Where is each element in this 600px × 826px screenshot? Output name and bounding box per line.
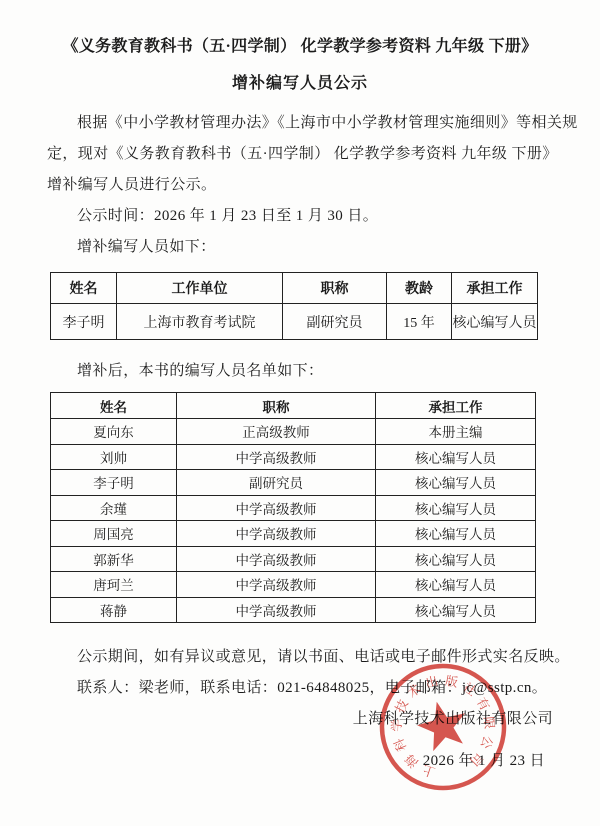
table-cell: 核心编写人员 (452, 304, 538, 340)
document-title: 《义务教育教科书（五·四学制） 化学教学参考资料 九年级 下册》 (47, 36, 553, 58)
table-row: 蒋静中学高级教师核心编写人员 (51, 597, 536, 623)
table-cell: 核心编写人员 (376, 572, 536, 598)
document-subtitle: 增补编写人员公示 (47, 73, 553, 95)
table-row: 唐珂兰中学高级教师核心编写人员 (51, 572, 536, 598)
header-cell: 承担工作 (376, 393, 536, 419)
table-row: 周国亮中学高级教师核心编写人员 (51, 521, 536, 547)
table-header-row: 姓名职称承担工作 (51, 393, 536, 419)
intro-paragraph: 根据《中小学教材管理办法》《上海市中小学教材管理实施细则》等相关规 定，现对《义… (47, 108, 553, 201)
company-signature: 上海科学技术出版社有限公司 (47, 704, 553, 735)
table-row: 刘帅中学高级教师核心编写人员 (51, 444, 536, 470)
header-cell: 教龄 (387, 273, 452, 304)
table-cell: 中学高级教师 (177, 546, 376, 572)
table-cell: 中学高级教师 (177, 521, 376, 547)
table-cell: 中学高级教师 (177, 572, 376, 598)
table-cell: 刘帅 (51, 444, 177, 470)
table-cell: 核心编写人员 (376, 521, 536, 547)
table-cell: 中学高级教师 (177, 597, 376, 623)
paragraph-line: 根据《中小学教材管理办法》《上海市中小学教材管理实施细则》等相关规 (47, 108, 553, 139)
table-cell: 核心编写人员 (376, 597, 536, 623)
table2-intro-line: 增补后，本书的编写人员名单如下： (47, 356, 553, 387)
table-cell: 核心编写人员 (376, 546, 536, 572)
table1-intro-line: 增补编写人员如下： (47, 232, 553, 263)
paragraph-line: 定，现对《义务教育教科书（五·四学制） 化学教学参考资料 九年级 下册》 (47, 139, 553, 170)
table-row: 夏向东正高级教师本册主编 (51, 419, 536, 445)
table-cell: 15 年 (387, 304, 452, 340)
table-row: 余瑾中学高级教师核心编写人员 (51, 495, 536, 521)
signature-date: 2026 年 1 月 23 日 (47, 746, 553, 777)
publicity-period-line: 公示时间：2026 年 1 月 23 日至 1 月 30 日。 (47, 201, 553, 232)
table-row: 李子明副研究员核心编写人员 (51, 470, 536, 496)
table-cell: 副研究员 (283, 304, 387, 340)
contact-line: 联系人：梁老师，联系电话：021-64848025，电子邮箱：jc@sstp.c… (47, 673, 553, 704)
header-cell: 姓名 (51, 273, 117, 304)
table-cell: 李子明 (51, 470, 177, 496)
table-cell: 核心编写人员 (376, 444, 536, 470)
table-cell: 本册主编 (376, 419, 536, 445)
header-cell: 职称 (177, 393, 376, 419)
table-cell: 夏向东 (51, 419, 177, 445)
table-cell: 正高级教师 (177, 419, 376, 445)
table-cell: 郭新华 (51, 546, 177, 572)
header-cell: 承担工作 (452, 273, 538, 304)
header-cell: 姓名 (51, 393, 177, 419)
table-cell: 周国亮 (51, 521, 177, 547)
feedback-note-line: 公示期间，如有异议或意见，请以书面、电话或电子邮件形式实名反映。 (47, 642, 553, 673)
header-cell: 职称 (283, 273, 387, 304)
table-cell: 李子明 (51, 304, 117, 340)
table-header-row: 姓名工作单位职称教龄承担工作 (51, 273, 538, 304)
table-cell: 中学高级教师 (177, 444, 376, 470)
paragraph-line: 增补编写人员进行公示。 (47, 170, 553, 201)
table-cell: 核心编写人员 (376, 495, 536, 521)
header-cell: 工作单位 (117, 273, 283, 304)
table-cell: 上海市教育考试院 (117, 304, 283, 340)
table-cell: 蒋静 (51, 597, 177, 623)
table-cell: 核心编写人员 (376, 470, 536, 496)
table-cell: 唐珂兰 (51, 572, 177, 598)
table-cell: 中学高级教师 (177, 495, 376, 521)
table-row: 李子明上海市教育考试院副研究员15 年核心编写人员 (51, 304, 538, 340)
document-page: 《义务教育教科书（五·四学制） 化学教学参考资料 九年级 下册》 增补编写人员公… (0, 0, 600, 826)
table-row: 郭新华中学高级教师核心编写人员 (51, 546, 536, 572)
added-personnel-table: 姓名工作单位职称教龄承担工作 李子明上海市教育考试院副研究员15 年核心编写人员 (50, 272, 538, 340)
table-cell: 余瑾 (51, 495, 177, 521)
table-cell: 副研究员 (177, 470, 376, 496)
full-personnel-table: 姓名职称承担工作 夏向东正高级教师本册主编刘帅中学高级教师核心编写人员李子明副研… (50, 392, 536, 623)
